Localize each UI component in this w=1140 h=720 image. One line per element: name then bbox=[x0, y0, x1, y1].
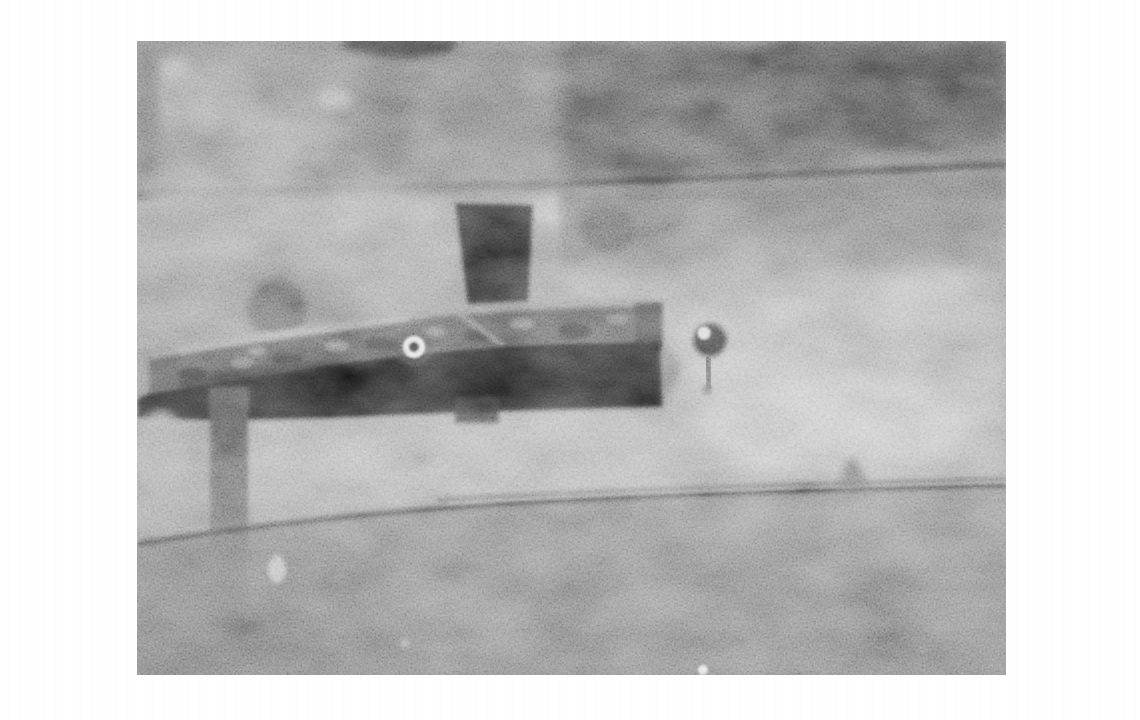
scanned-page: { "document": { "background_color": "#ff… bbox=[0, 0, 1140, 720]
film-grain bbox=[137, 41, 1006, 675]
photograph bbox=[137, 41, 1006, 675]
photograph-image bbox=[137, 41, 1006, 675]
